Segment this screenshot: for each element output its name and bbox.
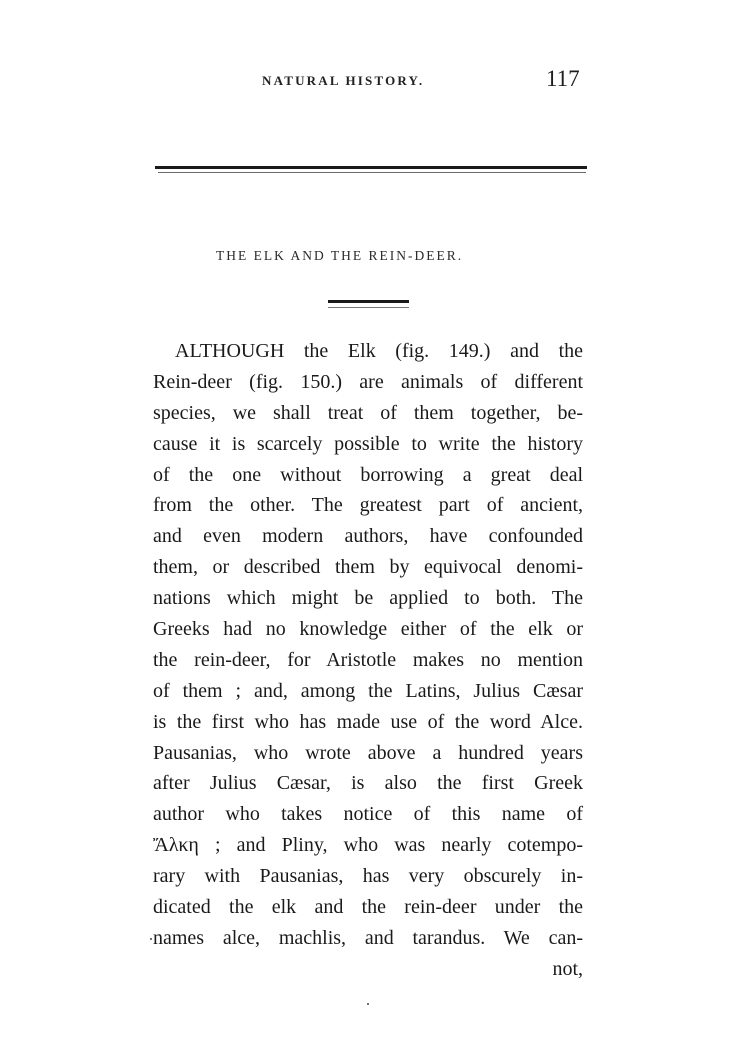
header-rule-thick bbox=[155, 166, 587, 169]
body-line: them, or described them by equivocal den… bbox=[153, 552, 583, 583]
scan-speck bbox=[150, 938, 152, 940]
body-line: cause it is scarcely possible to write t… bbox=[153, 429, 583, 460]
body-line: dicated the elk and the rein-deer under … bbox=[153, 892, 583, 923]
body-line: rary with Pausanias, has very obscurely … bbox=[153, 861, 583, 892]
body-line: Rein-deer (fig. 150.) are animals of dif… bbox=[153, 367, 583, 398]
title-rule-thin bbox=[328, 307, 409, 308]
body-line: is the first who has made use of the wor… bbox=[153, 707, 583, 738]
page-number: 117 bbox=[546, 66, 580, 92]
catchword: not, bbox=[153, 954, 583, 985]
body-line: of the one without borrowing a great dea… bbox=[153, 460, 583, 491]
body-line: Pausanias, who wrote above a hundred yea… bbox=[153, 738, 583, 769]
body-line: Greeks had no knowledge either of the el… bbox=[153, 614, 583, 645]
body-line: the rein-deer, for Aristotle makes no me… bbox=[153, 645, 583, 676]
body-text: ALTHOUGH the Elk (fig. 149.) and the Rei… bbox=[153, 336, 583, 985]
running-head: NATURAL HISTORY. bbox=[262, 73, 424, 89]
body-line: after Julius Cæsar, is also the first Gr… bbox=[153, 768, 583, 799]
title-rule-thick bbox=[328, 300, 409, 303]
scan-speck bbox=[367, 1003, 369, 1005]
body-line: from the other. The greatest part of anc… bbox=[153, 490, 583, 521]
chapter-title: THE ELK AND THE REIN-DEER. bbox=[216, 248, 463, 264]
header-rule-thin bbox=[158, 172, 586, 173]
body-line: and even modern authors, have confounded bbox=[153, 521, 583, 552]
body-line: names alce, machlis, and tarandus. We ca… bbox=[153, 923, 583, 954]
body-line: species, we shall treat of them together… bbox=[153, 398, 583, 429]
body-line: author who takes notice of this name of bbox=[153, 799, 583, 830]
body-line: ALTHOUGH the Elk (fig. 149.) and the bbox=[153, 336, 583, 367]
body-line: of them ; and, among the Latins, Julius … bbox=[153, 676, 583, 707]
body-line: Ἄλκη ; and Pliny, who was nearly cotempo… bbox=[153, 830, 583, 861]
body-line: nations which might be applied to both. … bbox=[153, 583, 583, 614]
